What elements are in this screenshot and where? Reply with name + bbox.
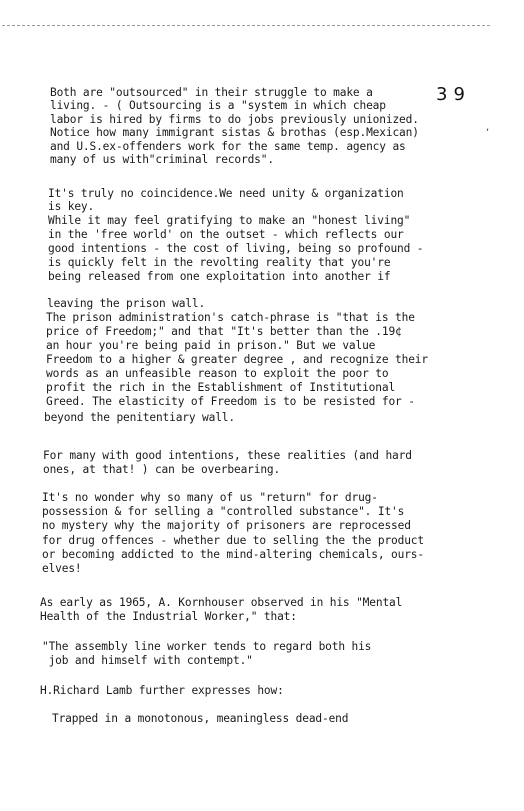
text-line: As early as 1965, A. Kornhouser observed… [40,596,402,609]
text-line: good intentions - the cost of living, be… [48,242,423,255]
text-line: Greed. The elasticity of Freedom is to b… [46,395,415,408]
text-line: leaving the prison wall. [47,297,205,310]
text-line: "The assembly line worker tends to regar… [42,640,371,653]
text-line: It's truly no coincidence.We need unity … [48,187,404,200]
text-line: price of Freedom;" and that "It's better… [46,325,402,338]
text-line: or becoming addicted to the mind-alterin… [42,548,424,561]
text-line: Trapped in a monotonous, meaningless dea… [52,712,348,725]
text-line: and U.S.ex-offenders work for the same t… [50,140,406,153]
text-line: is quickly felt in the revolting reality… [48,256,390,269]
text-line: being released from one exploitation int… [48,270,390,283]
text-line: for drug offences - whether due to selli… [42,534,424,547]
text-line: Both are "outsourced" in their struggle … [50,86,373,99]
text-line: H.Richard Lamb further expresses how: [40,684,284,697]
text-line: ones, at that! ) can be overbearing. [43,463,280,476]
text-line: Health of the Industrial Worker," that: [40,610,297,623]
text-line: labor is hired by firms to do jobs previ… [50,113,419,126]
text-line: While it may feel gratifying to make an … [48,214,410,227]
text-line: elves! [42,562,82,575]
scan-edge-line [2,25,490,26]
text-line: living. - ( Outsourcing is a "system in … [50,99,386,112]
text-line: is key. [48,200,94,213]
margin-mark: , [486,122,489,133]
text-line: many of us with"criminal records". [50,153,274,166]
text-line: no mystery why the majority of prisoners… [42,519,411,532]
text-line: in the 'free world' on the outset - whic… [48,228,404,241]
text-line: Notice how many immigrant sistas & broth… [50,126,419,139]
text-line: beyond the penitentiary wall. [44,411,235,424]
text-line: Freedom to a higher & greater degree , a… [46,353,428,366]
text-line: It's no wonder why so many of us "return… [42,491,378,504]
text-line: words as an unfeasible reason to exploit… [46,367,388,380]
page-number: 39 [436,84,471,105]
text-line: For many with good intentions, these rea… [43,449,412,462]
text-line: The prison administration's catch-phrase… [46,311,415,324]
text-line: possession & for selling a "controlled s… [42,505,404,518]
text-line: profit the rich in the Establishment of … [46,381,395,394]
text-line: job and himself with contempt." [42,654,253,667]
text-line: an hour you're being paid in prison." Bu… [46,339,375,352]
